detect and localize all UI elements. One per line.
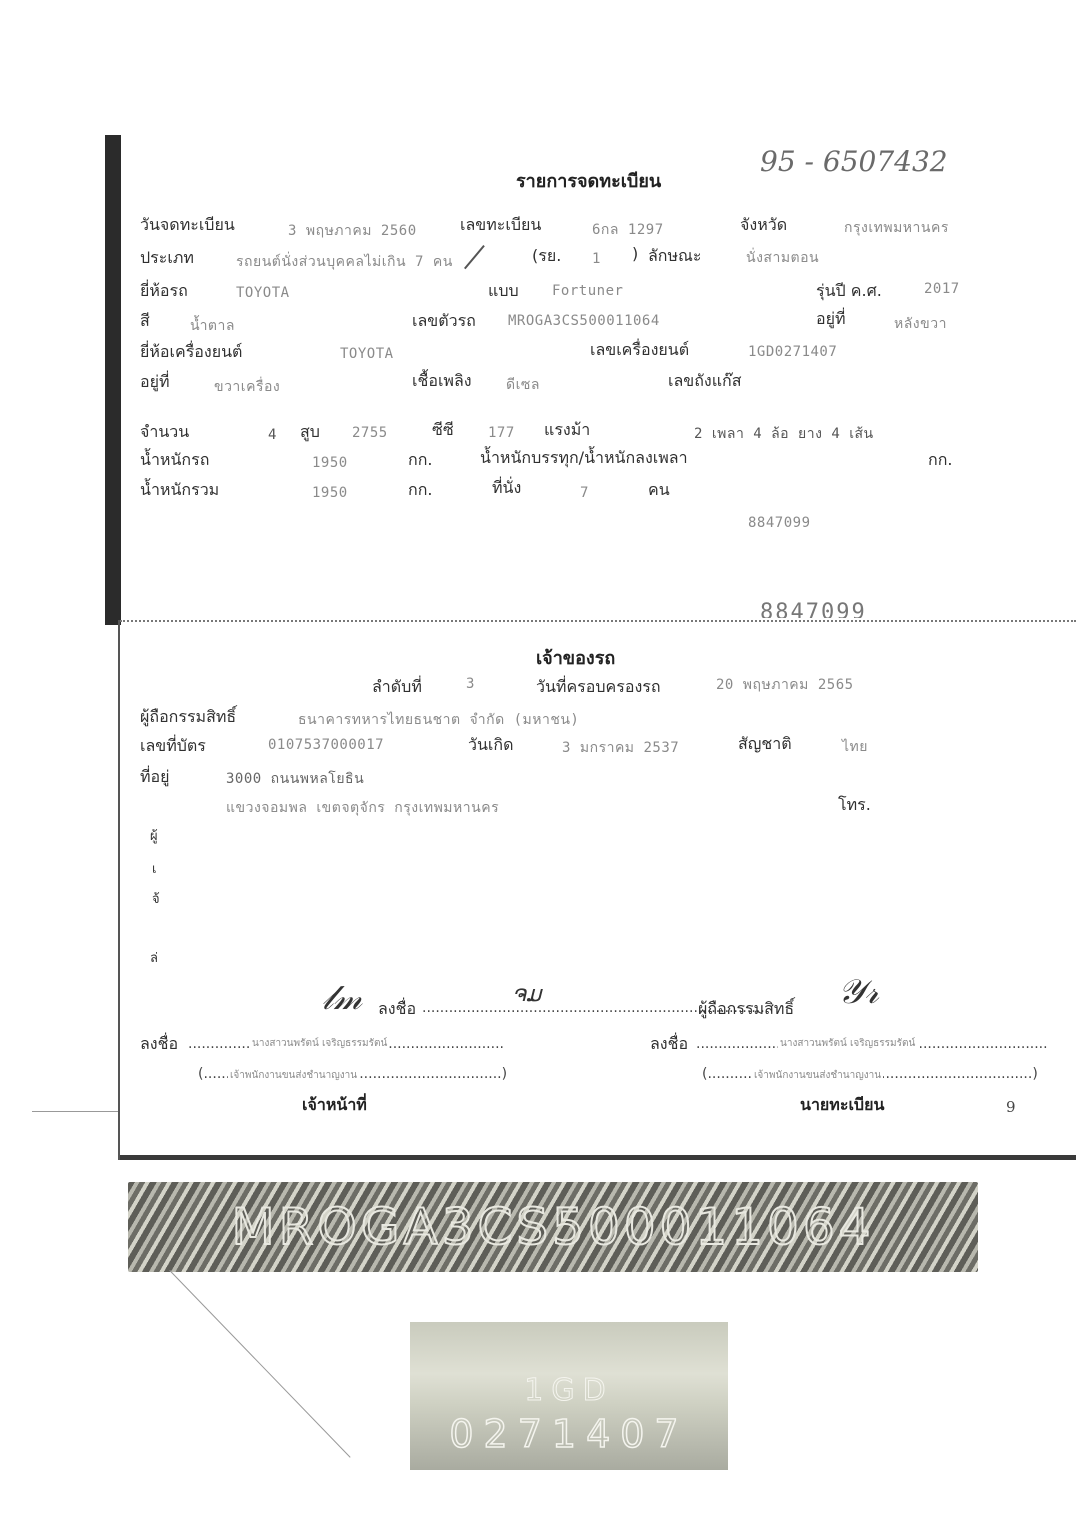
holder-label: ผู้ถือกรรมสิทธิ์ — [140, 705, 236, 730]
color-value: น้ำตาล — [190, 315, 235, 337]
seats-value: 7 — [580, 485, 589, 501]
model-value: Fortuner — [552, 283, 623, 299]
province-value: กรุงเทพมหานคร — [844, 217, 949, 239]
brand-label: ยี่ห้อรถ — [140, 279, 188, 304]
dob-value: 3 มกราคม 2537 — [562, 737, 679, 759]
gross-weight-value: 1950 — [312, 485, 348, 501]
cylinders-label: สูบ — [300, 420, 320, 445]
handwritten-reference-number: 95 - 6507432 — [760, 145, 948, 178]
registrar-title: นายทะเบียน — [800, 1093, 884, 1118]
officer-sign-label: ลงชื่อ — [140, 1032, 178, 1057]
engine-location-value: ขวาเครื่อง — [214, 376, 280, 398]
color-label: สี — [140, 309, 150, 334]
officer-title: เจ้าหน้าที่ — [302, 1093, 367, 1118]
engine-number-pencil-rubbing: 1GD 0271407 — [410, 1322, 728, 1470]
vehicle-weight-value: 1950 — [312, 455, 348, 471]
dob-label: วันเกิด — [468, 733, 513, 758]
holder-value: ธนาคารทหารไทยธนชาต จำกัด (มหาชน) — [298, 709, 579, 731]
vin-pencil-rubbing: MROGA3CS500011064 — [128, 1182, 978, 1272]
ry-label: (รย. — [532, 244, 561, 269]
page-binding-edge — [105, 135, 121, 625]
engine-brand-value: TOYOTA — [340, 346, 394, 362]
vehicle-type-value: รถยนต์นั่งส่วนบุคคลไม่เกิน 7 คน — [236, 251, 453, 273]
engine-brand-label: ยี่ห้อเครื่องยนต์ — [140, 340, 242, 365]
ry-value: 1 — [592, 251, 601, 267]
page-number: 9 — [1006, 1098, 1016, 1116]
kg-unit: กก. — [408, 448, 432, 473]
fuel-label: เชื้อเพลิง — [412, 369, 472, 394]
engine-number-value: 1GD0271407 — [748, 344, 837, 360]
holder-sign-suffix: ผู้ถือกรรมสิทธิ์ — [698, 997, 794, 1022]
gross-weight-label: น้ำหนักรวม — [140, 478, 219, 503]
horsepower-label: แรงม้า — [544, 418, 590, 443]
load-weight-label: น้ำหนักบรรทุก/น้ำหนักลงเพลา — [480, 446, 688, 471]
document-serial: 8847099 — [748, 515, 811, 531]
cylinders-value: 4 — [268, 427, 277, 443]
side-char: เ — [152, 858, 156, 879]
vehicle-type-label: ประเภท — [140, 246, 194, 271]
owner-section-title: เจ้าของรถ — [536, 643, 615, 672]
brand-value: TOYOTA — [236, 285, 290, 301]
sequence-value: 3 — [466, 676, 475, 692]
ry-close: ) — [632, 244, 638, 263]
axles-wheels-value: 2 เพลา 4 ล้อ ยาง 4 เส้น — [694, 423, 874, 445]
body-style-value: นั่งสามตอน — [746, 247, 819, 269]
plate-value: 6กล 1297 — [592, 219, 664, 241]
vin-rubbing-text: MROGA3CS500011064 — [232, 1198, 875, 1256]
engine-rubbing-number: 0271407 — [449, 1412, 688, 1456]
fuel-value: ดีเซล — [506, 374, 540, 396]
document-serial-cut: 8847099 — [760, 600, 867, 618]
holder-signature: ຈມ — [512, 982, 541, 1007]
address-line1: 3000 ถนนพหลโยธิน — [226, 768, 364, 790]
registrar-position: เจ้าพนักงานขนส่งชำนาญงาน — [752, 1068, 883, 1083]
body-style-label: ลักษณะ — [648, 244, 701, 269]
sequence-label: ลำดับที่ — [372, 675, 422, 700]
fold-mark — [32, 1111, 118, 1112]
kg-unit: กก. — [408, 478, 432, 503]
vin-location-label: อยู่ที่ — [816, 307, 846, 332]
gas-tank-label: เลขถังแก๊ส — [668, 369, 741, 394]
vin-value: MROGA3CS500011064 — [508, 313, 660, 329]
persons-unit: คน — [648, 478, 670, 503]
engine-location-label: อยู่ที่ — [140, 370, 170, 395]
id-number-label: เลขที่บัตร — [140, 734, 206, 759]
possession-date-value: 20 พฤษภาคม 2565 — [716, 674, 854, 696]
address-line2: แขวงจอมพล เขตจตุจักร กรุงเทพมหานคร — [226, 797, 499, 819]
side-char: จ้ — [152, 888, 160, 909]
id-number-value: 0107537000017 — [268, 737, 384, 753]
holder-signature-scribble: 𝓁𝓂 — [322, 978, 362, 1018]
holder-sign-label: ลงชื่อ — [378, 997, 416, 1022]
province-label: จังหวัด — [740, 213, 787, 238]
possession-date-label: วันที่ครอบครองรถ — [536, 675, 661, 700]
plate-label: เลขทะเบียน — [460, 213, 541, 238]
kg-unit: กก. — [928, 448, 952, 473]
page-bottom-border — [120, 1155, 1076, 1160]
reg-date-value: 3 พฤษภาคม 2560 — [288, 220, 417, 242]
vehicle-weight-label: น้ำหนักรถ — [140, 448, 209, 473]
model-label: แบบ — [488, 279, 519, 304]
reg-date-label: วันจดทะเบียน — [140, 213, 235, 238]
seats-label: ที่นั่ง — [492, 476, 521, 501]
side-char: ล่ — [150, 947, 158, 968]
cc-value: 2755 — [352, 425, 388, 441]
nationality-value: ไทย — [842, 736, 868, 758]
vin-location-value: หลังขวา — [894, 313, 947, 335]
perforation-line — [120, 620, 1076, 622]
count-label: จำนวน — [140, 420, 189, 445]
scan-crease-line — [169, 1270, 350, 1458]
officer-position: เจ้าพนักงานขนส่งชำนาญงาน — [228, 1068, 359, 1083]
cc-label: ซีซี — [432, 418, 454, 443]
officer-name: นางสาวนพรัตน์ เจริญธรรมรัตน์ — [250, 1036, 389, 1051]
pen-mark — [464, 245, 484, 269]
model-year-value: 2017 — [924, 281, 960, 297]
page-left-border — [118, 620, 120, 1160]
phone-label: โทร. — [838, 793, 871, 818]
horsepower-value: 177 — [488, 425, 515, 441]
vin-label: เลขตัวรถ — [412, 309, 476, 334]
address-label: ที่อยู่ — [140, 765, 170, 790]
model-year-label: รุ่นปี ค.ศ. — [816, 279, 882, 304]
registrar-name: นางสาวนพรัตน์ เจริญธรรมรัตน์ — [778, 1036, 917, 1051]
nationality-label: สัญชาติ — [738, 732, 792, 757]
engine-rubbing-prefix: 1GD — [524, 1373, 613, 1408]
holder-signature-mark: 𝒴𝓇 — [838, 972, 879, 1012]
side-char: ผู้ — [150, 825, 158, 846]
engine-number-label: เลขเครื่องยนต์ — [590, 338, 689, 363]
registration-section-title: รายการจดทะเบียน — [516, 166, 661, 195]
registrar-sign-label: ลงชื่อ — [650, 1032, 688, 1057]
